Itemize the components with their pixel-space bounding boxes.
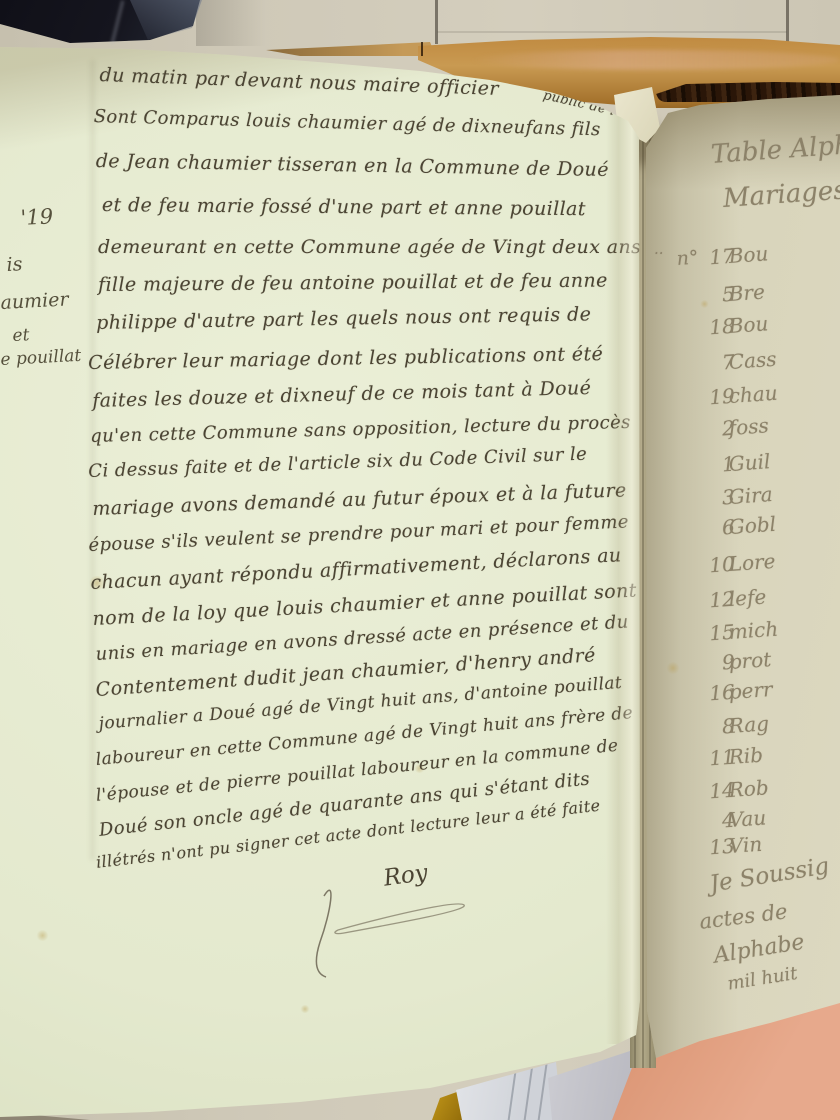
- age-spot: [666, 662, 680, 674]
- entry-name: Bou: [728, 311, 769, 338]
- entry-name: Rob: [728, 775, 769, 802]
- entry-name: Lore: [728, 549, 776, 576]
- ink-marks: ..: [654, 240, 664, 258]
- numero-prefix: n°: [676, 246, 699, 269]
- entry-name: Gira: [728, 482, 773, 509]
- margin-note: '19: [20, 204, 54, 230]
- margin-note: aumier: [0, 288, 69, 314]
- entry-name: Bou: [728, 241, 769, 268]
- manuscript-line: fille majeure de feu antoine pouillat et…: [98, 270, 608, 296]
- entry-name: Vin: [728, 832, 763, 858]
- index-footer-line: Je Soussig: [708, 853, 831, 897]
- age-spot: [36, 930, 49, 941]
- manuscript-line: et de feu marie fossé d'une part et anne…: [102, 194, 586, 220]
- margin-note: et: [12, 325, 30, 346]
- manuscript-line: de Jean chaumier tisseran en la Commune …: [96, 150, 609, 181]
- entry-name: Cass: [728, 347, 777, 374]
- wall-tile-seam-right: [786, 0, 789, 48]
- entry-name: prot: [728, 647, 772, 674]
- entry-name: Guil: [728, 449, 771, 476]
- index-footer-line: actes de: [698, 899, 789, 934]
- entry-name: Rag: [728, 711, 770, 738]
- manuscript-line: demeurant en cette Commune agée de Vingt…: [98, 236, 641, 258]
- margin-note: e pouillat: [0, 346, 82, 370]
- entry-name: lefe: [728, 584, 767, 611]
- wall-tile-seam-left: [435, 0, 438, 44]
- paper-edge-line: [538, 1058, 549, 1120]
- leather-highlight: [470, 50, 840, 70]
- entry-name: perr: [728, 677, 773, 704]
- entry-name: Rib: [728, 743, 764, 769]
- margin-note: is: [6, 253, 23, 276]
- index-footer-line: mil huit: [726, 963, 799, 995]
- entry-name: Gobl: [728, 512, 777, 539]
- manuscript-line: qu'en cette Commune sans opposition, lec…: [90, 412, 631, 447]
- leather-crack: [421, 42, 423, 56]
- entry-name: foss: [728, 413, 770, 440]
- manuscript-line: Sont Comparus louis chaumier agé de dixn…: [93, 106, 600, 140]
- photo-of-marriage-register: Table Alph Mariages d .. n° 17Bou 5Bre 1…: [0, 0, 840, 1120]
- page-stack-line: [642, 118, 644, 1068]
- manuscript-line: philippe d'autre part les quels nous ont…: [96, 303, 591, 334]
- wall-tile-seam-horizontal: [437, 31, 787, 33]
- manuscript-line: Ci dessus faite et de l'article six du C…: [88, 444, 588, 482]
- index-title-line2: Mariages d: [722, 174, 840, 214]
- page-curl-shading: [606, 92, 642, 1044]
- wall-shadow: [196, 0, 266, 46]
- signature-flourish: [286, 856, 486, 986]
- manuscript-line: mariage avons demandé au futur époux et …: [92, 479, 627, 520]
- entry-name: Vau: [728, 805, 767, 832]
- index-title-line1: Table Alph: [710, 130, 840, 170]
- entry-name: chau: [728, 381, 778, 408]
- entry-name: Bre: [728, 280, 766, 306]
- manuscript-line: faites les douze et dixneuf de ce mois t…: [92, 377, 592, 412]
- age-spot: [300, 1005, 310, 1013]
- entry-name: mich: [728, 617, 779, 644]
- manuscript-line: Célébrer leur mariage dont les publicati…: [88, 343, 603, 374]
